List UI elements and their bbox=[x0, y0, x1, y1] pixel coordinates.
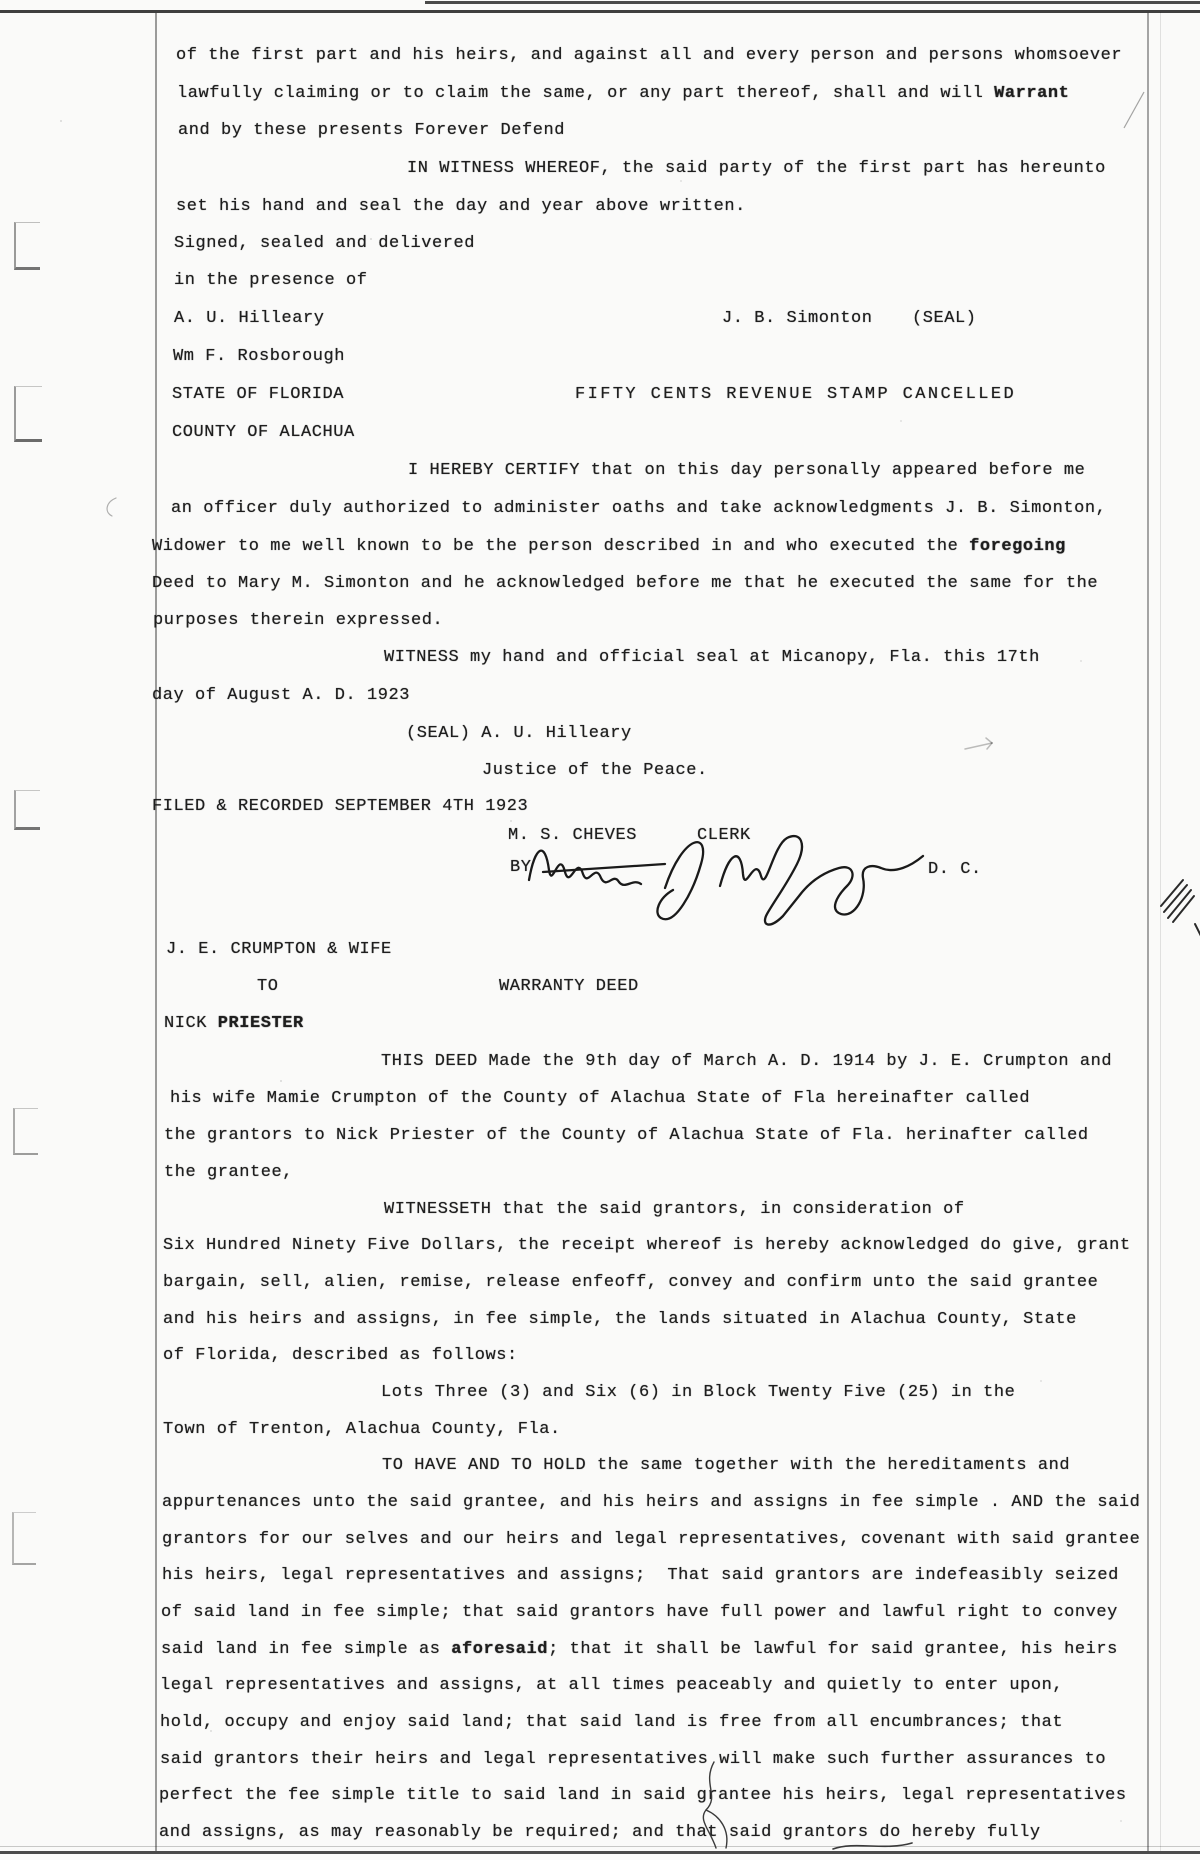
deed-text-line: said land in fee simple as aforesaid; th… bbox=[161, 1640, 1118, 1660]
deed-text-line: legal representatives and assigns, at al… bbox=[160, 1676, 1063, 1696]
legal-description: Town of Trenton, Alachua County, Fla. bbox=[163, 1420, 561, 1440]
deed-text-line: bargain, sell, alien, remise, release en… bbox=[163, 1273, 1098, 1293]
deed-text-line: the grantors to Nick Priester of the Cou… bbox=[164, 1126, 1089, 1146]
deed-text-line: lawfully claiming or to claim the same, … bbox=[177, 84, 1069, 104]
deed-text-line: said grantors their heirs and legal repr… bbox=[160, 1750, 1106, 1770]
habendum-clause: TO HAVE AND TO HOLD the same together wi… bbox=[382, 1456, 1070, 1476]
grantee-index-heading: NICK PRIESTER bbox=[164, 1014, 304, 1034]
certify-clause: I HEREBY CERTIFY that on this day person… bbox=[408, 461, 1085, 481]
right-margin-rule bbox=[1147, 12, 1149, 1852]
deed-text-line: his wife Mamie Crumpton of the County of… bbox=[170, 1089, 1030, 1109]
overstruck-word: Warrant bbox=[994, 84, 1069, 103]
deed-text-line: perfect the fee simple title to said lan… bbox=[159, 1786, 1127, 1806]
grantor-index-heading: J. E. CRUMPTON & WIFE bbox=[166, 940, 392, 960]
deed-text-line: purposes therein expressed. bbox=[153, 611, 443, 631]
deed-text-line: set his hand and seal the day and year a… bbox=[176, 197, 746, 217]
deed-opening-clause: THIS DEED Made the 9th day of March A. D… bbox=[381, 1052, 1112, 1072]
scan-noise bbox=[60, 120, 62, 122]
pencil-mark bbox=[962, 735, 1002, 760]
overstruck-word: PRIESTER bbox=[218, 1014, 304, 1033]
deed-text-line: appurtenances unto the said grantee, and… bbox=[162, 1493, 1140, 1513]
notary-seal-name: (SEAL) A. U. Hilleary bbox=[406, 724, 632, 744]
faint-scratch-mark bbox=[1118, 88, 1148, 133]
margin-bracket-mark bbox=[12, 1512, 36, 1565]
deed-text-line: Deed to Mary M. Simonton and he acknowle… bbox=[152, 574, 1098, 594]
deed-record-page: of the first part and his heirs, and aga… bbox=[0, 0, 1200, 1860]
to-label: TO bbox=[257, 977, 279, 997]
deed-text-line: Signed, sealed and delivered bbox=[174, 234, 475, 254]
witness-clause: IN WITNESS WHEREOF, the said party of th… bbox=[407, 159, 1106, 179]
witness-name: A. U. Hilleary bbox=[174, 309, 325, 329]
ink-scribble-mark bbox=[1155, 872, 1200, 938]
deed-text-line: of Florida, described as follows: bbox=[163, 1346, 518, 1366]
notary-witness-clause: WITNESS my hand and official seal at Mic… bbox=[384, 648, 1040, 668]
small-curl-mark bbox=[98, 494, 120, 520]
deed-text-line: Widower to me well known to be the perso… bbox=[152, 537, 1066, 557]
deed-text-line: and his heirs and assigns, in fee simple… bbox=[163, 1310, 1077, 1330]
deed-text-line: his heirs, legal representatives and ass… bbox=[162, 1566, 1119, 1586]
witness-name: Wm F. Rosborough bbox=[173, 347, 345, 367]
overstruck-word: foregoing bbox=[969, 537, 1066, 556]
state-heading: STATE OF FLORIDA bbox=[172, 385, 344, 405]
deed-text-line: in the presence of bbox=[174, 271, 368, 291]
deed-text-line: an officer duly authorized to administer… bbox=[171, 499, 1106, 519]
top-rule-upper bbox=[425, 1, 1200, 4]
revenue-stamp-note: FIFTY CENTS REVENUE STAMP CANCELLED bbox=[575, 385, 1016, 405]
top-rule-main bbox=[0, 10, 1200, 13]
notary-title: Justice of the Peace. bbox=[482, 761, 708, 781]
seal-annotation: (SEAL) bbox=[912, 309, 977, 329]
deed-text-line: the grantee, bbox=[164, 1163, 293, 1183]
deed-text-line: hold, occupy and enjoy said land; that s… bbox=[160, 1713, 1063, 1733]
deputy-clerk-initials: D. C. bbox=[928, 860, 982, 880]
pen-squiggle-mark bbox=[676, 1758, 746, 1853]
pen-strike-mark bbox=[830, 1838, 915, 1854]
grantor-signature-name: J. B. Simonton bbox=[722, 309, 873, 329]
left-margin-rule bbox=[155, 12, 157, 1852]
deed-text-line: Six Hundred Ninety Five Dollars, the rec… bbox=[163, 1236, 1131, 1256]
witnesseth-clause: WITNESSETH that the said grantors, in co… bbox=[384, 1200, 965, 1220]
deed-text-line: and by these presents Forever Defend bbox=[178, 121, 565, 141]
margin-bracket-mark bbox=[14, 386, 42, 442]
margin-bracket-mark bbox=[13, 1108, 38, 1155]
deed-text-line: of the first part and his heirs, and aga… bbox=[176, 46, 1122, 66]
overstruck-word: aforesaid bbox=[451, 1640, 548, 1659]
bottom-rule-main bbox=[0, 1851, 1200, 1854]
clerk-signature-handwriting bbox=[515, 828, 935, 938]
county-heading: COUNTY OF ALACHUA bbox=[172, 423, 355, 443]
deed-text-line: day of August A. D. 1923 bbox=[152, 686, 410, 706]
filing-stamp-line: FILED & RECORDED SEPTEMBER 4TH 1923 bbox=[152, 797, 528, 817]
deed-text-line: grantors for our selves and our heirs an… bbox=[162, 1530, 1140, 1550]
legal-description: Lots Three (3) and Six (6) in Block Twen… bbox=[381, 1383, 1015, 1403]
margin-bracket-mark bbox=[14, 790, 40, 830]
instrument-title: WARRANTY DEED bbox=[499, 977, 639, 997]
deed-text-line: of said land in fee simple; that said gr… bbox=[161, 1603, 1118, 1623]
bottom-rule-faint bbox=[0, 1846, 1200, 1847]
margin-bracket-mark bbox=[14, 222, 40, 270]
